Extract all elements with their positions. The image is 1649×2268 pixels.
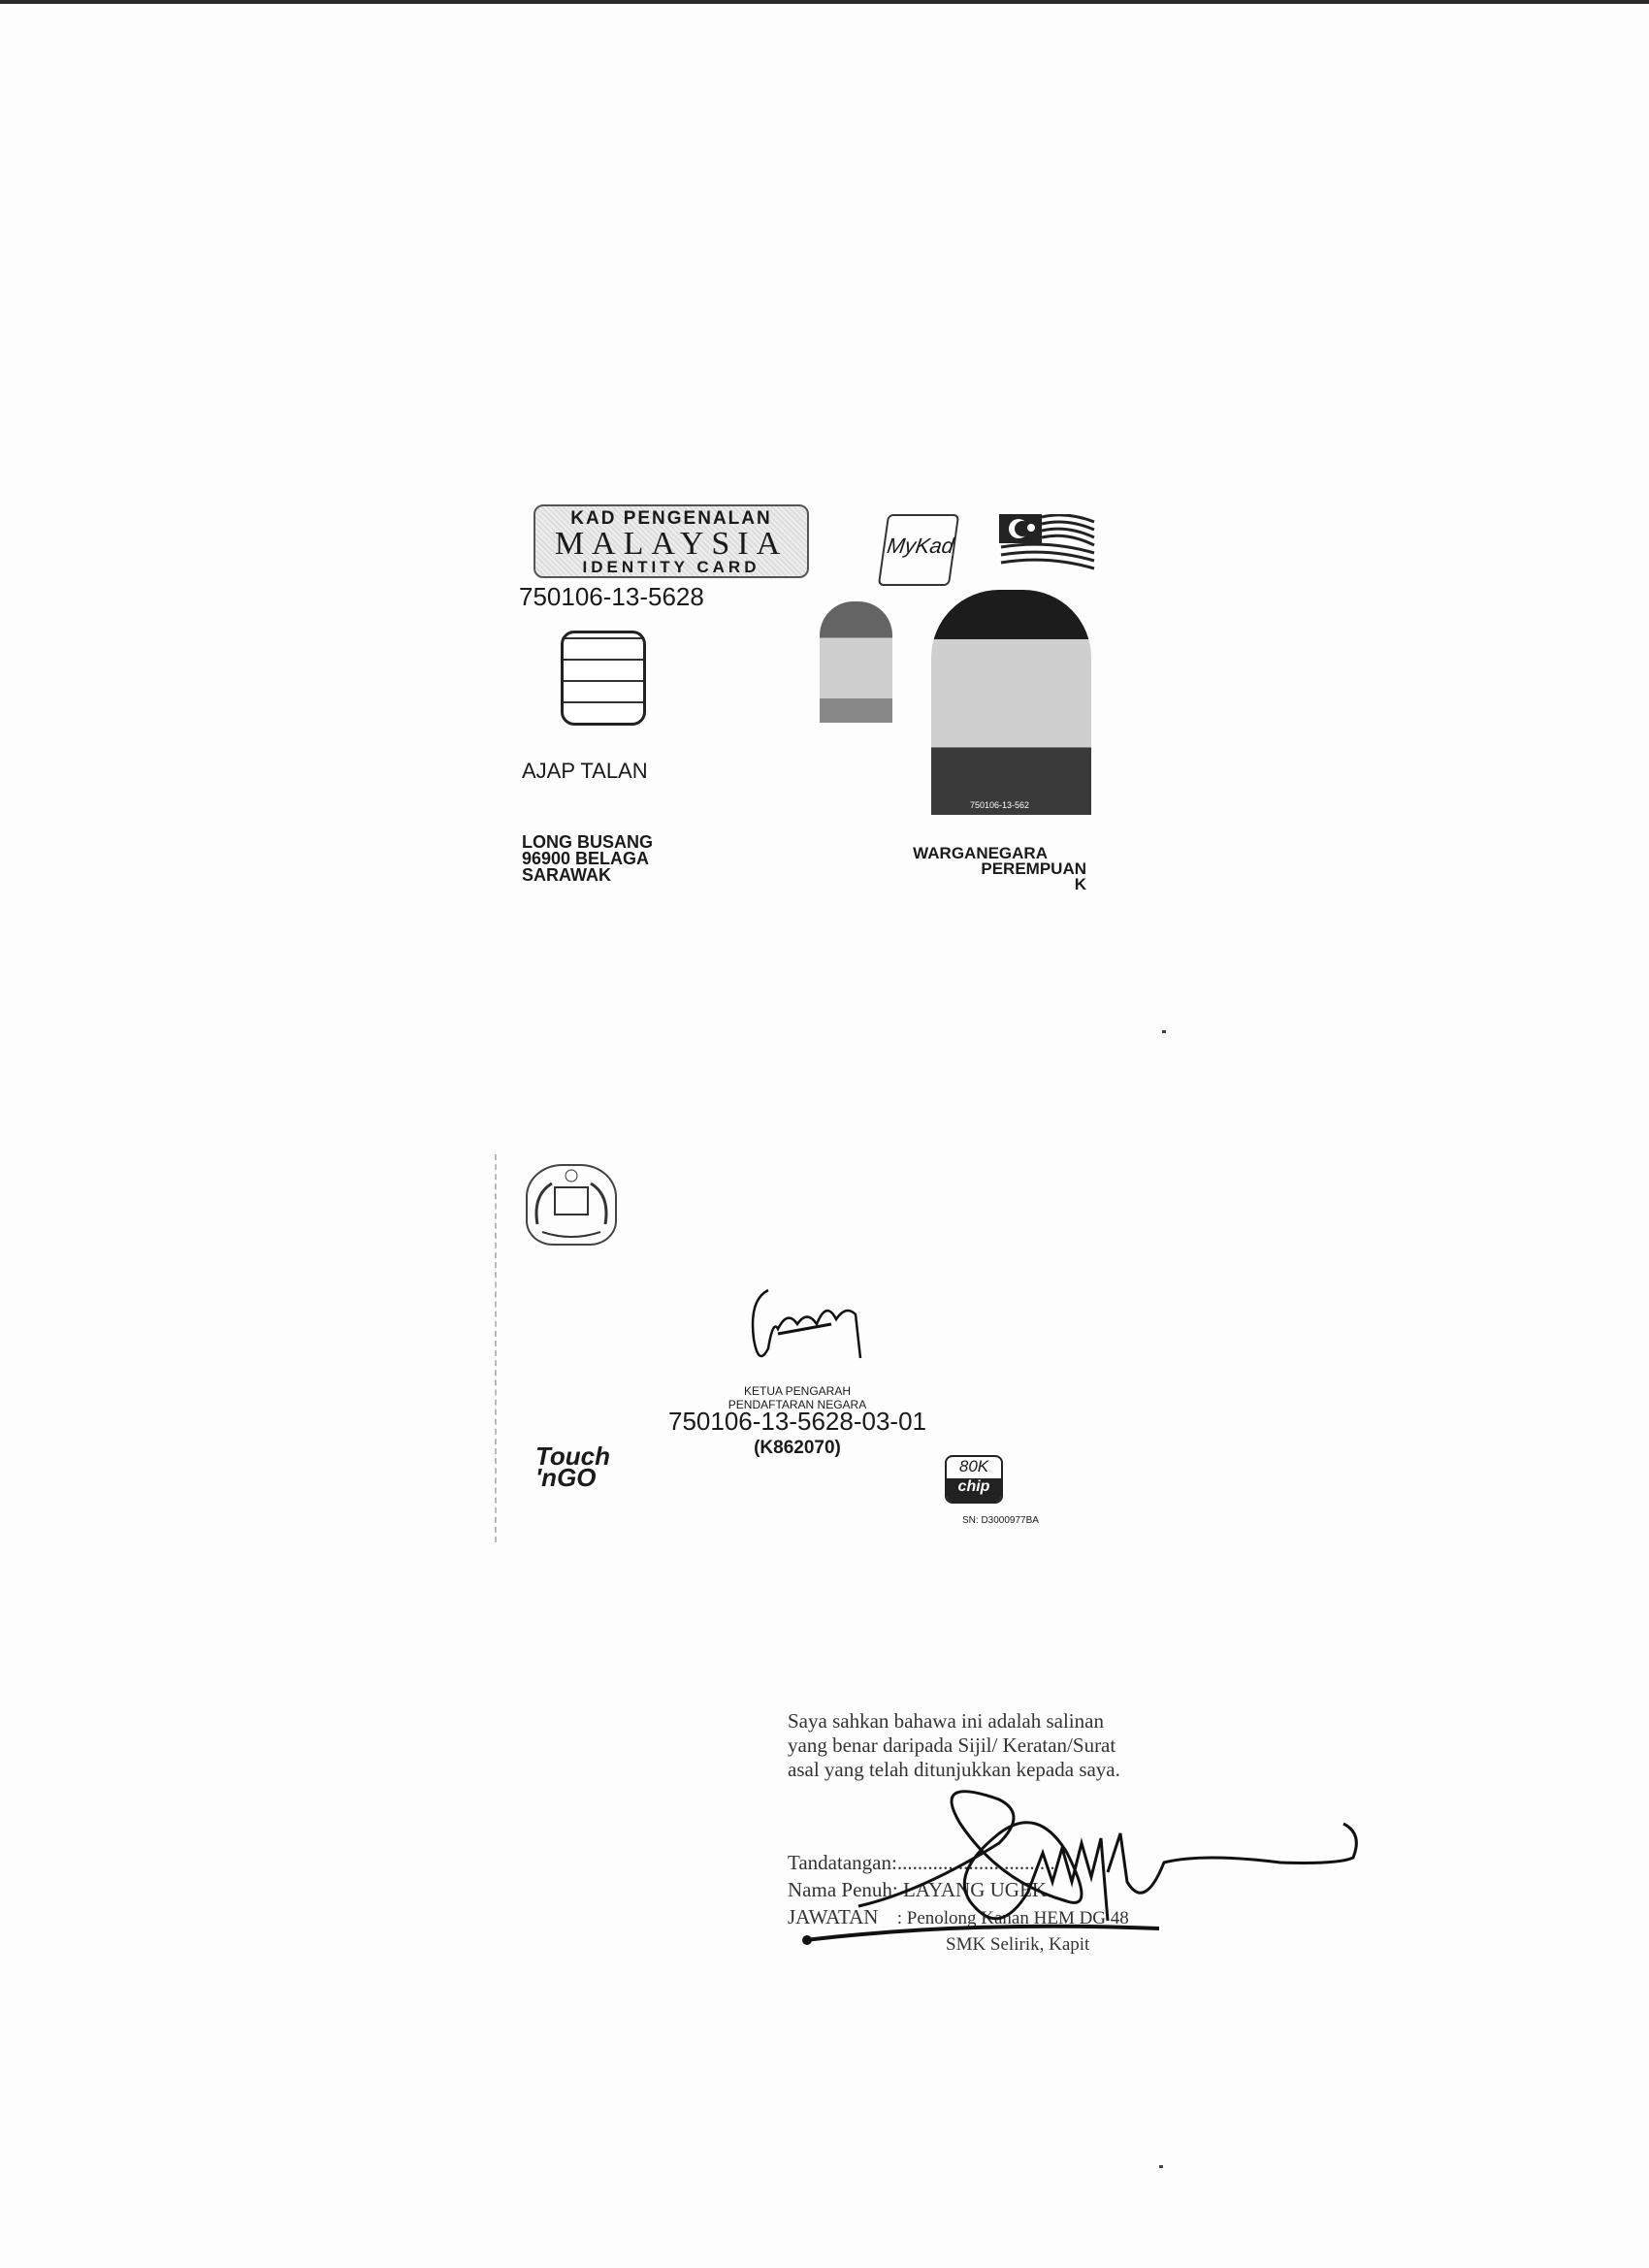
holder-name: AJAP TALAN: [522, 759, 648, 784]
crest-icon: [526, 1164, 617, 1246]
signatory-title-1: KETUA PENGARAH: [497, 1384, 1098, 1398]
chip-capacity: 80K: [947, 1457, 1001, 1478]
certifier-signature: [776, 1775, 1455, 1969]
mykad-label: MyKad: [886, 534, 955, 559]
chip-label: chip: [947, 1478, 1001, 1502]
address-line-3: SARAWAK: [522, 867, 653, 884]
ghost-photo: [820, 601, 892, 723]
religion-code: K: [913, 877, 1086, 892]
gender: PEREMPUAN: [913, 861, 1086, 877]
holder-status: WARGANEGARA PEREMPUAN K: [913, 846, 1086, 892]
certification-text: Saya sahkan bahawa ini adalah salinan ya…: [788, 1709, 1120, 1782]
holder-address: LONG BUSANG 96900 BELAGA SARAWAK: [522, 834, 653, 884]
photo-caption: 750106-13-562: [970, 800, 1029, 810]
touchngo-logo: Touch 'nGO: [535, 1445, 610, 1488]
card-number: 750106-13-5628-03-01: [497, 1407, 1098, 1437]
mykad-logo: MyKad: [878, 514, 959, 586]
ic-header: KAD PENGENALAN MALAYSIA IDENTITY CARD: [533, 504, 809, 578]
director-signature: [739, 1280, 885, 1377]
ic-front: KAD PENGENALAN MALAYSIA IDENTITY CARD My…: [514, 466, 1135, 902]
scan-edge: [0, 0, 1649, 4]
holder-photo: [931, 590, 1091, 815]
flag-icon: [999, 514, 1096, 572]
chip-badge: 80K chip: [945, 1455, 1003, 1504]
serial-number: SN: D3000977BA: [962, 1515, 1039, 1526]
scan-speck: [1162, 1030, 1166, 1033]
ic-back: KETUA PENGARAH PENDAFTARAN NEGARA 750106…: [495, 1154, 1098, 1542]
cert-line-1: Saya sahkan bahawa ini adalah salinan: [788, 1709, 1120, 1733]
cert-line-2: yang benar daripada Sijil/ Keratan/Surat: [788, 1733, 1120, 1758]
chip-icon: [561, 631, 646, 726]
scan-speck: [1159, 2165, 1163, 2168]
ic-number: 750106-13-5628: [519, 582, 704, 612]
header-line-2: MALAYSIA: [535, 530, 807, 559]
